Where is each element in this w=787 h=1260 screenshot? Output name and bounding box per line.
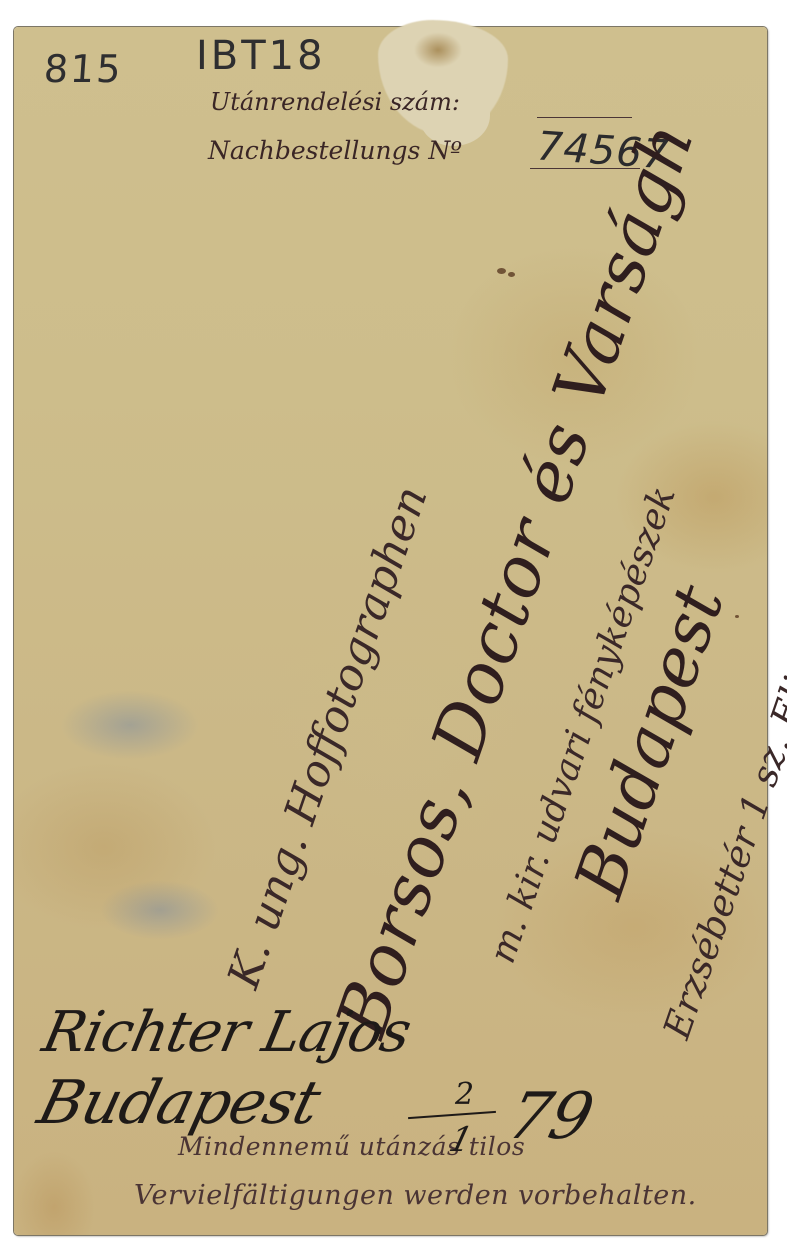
blue-stain [60,690,200,760]
catalog-number: 815 [42,47,124,91]
blue-stain [100,880,220,940]
reference-code: IBT18 [196,33,326,79]
handwritten-date-numerator: 2 [455,1077,474,1112]
ink-speck [508,272,515,277]
reorder-label-german: Nachbestellungs Nº [208,136,462,165]
footer-german: Vervielfältigungen werden vorbehalten. [134,1180,697,1211]
handwritten-name: Richter Lajos [37,1000,416,1065]
reorder-label-hungarian: Utánrendelési szám: [210,88,460,116]
reorder-rule [537,117,632,118]
handwritten-city: Budapest [31,1068,326,1138]
ink-speck [735,615,739,618]
ink-speck [497,268,506,274]
